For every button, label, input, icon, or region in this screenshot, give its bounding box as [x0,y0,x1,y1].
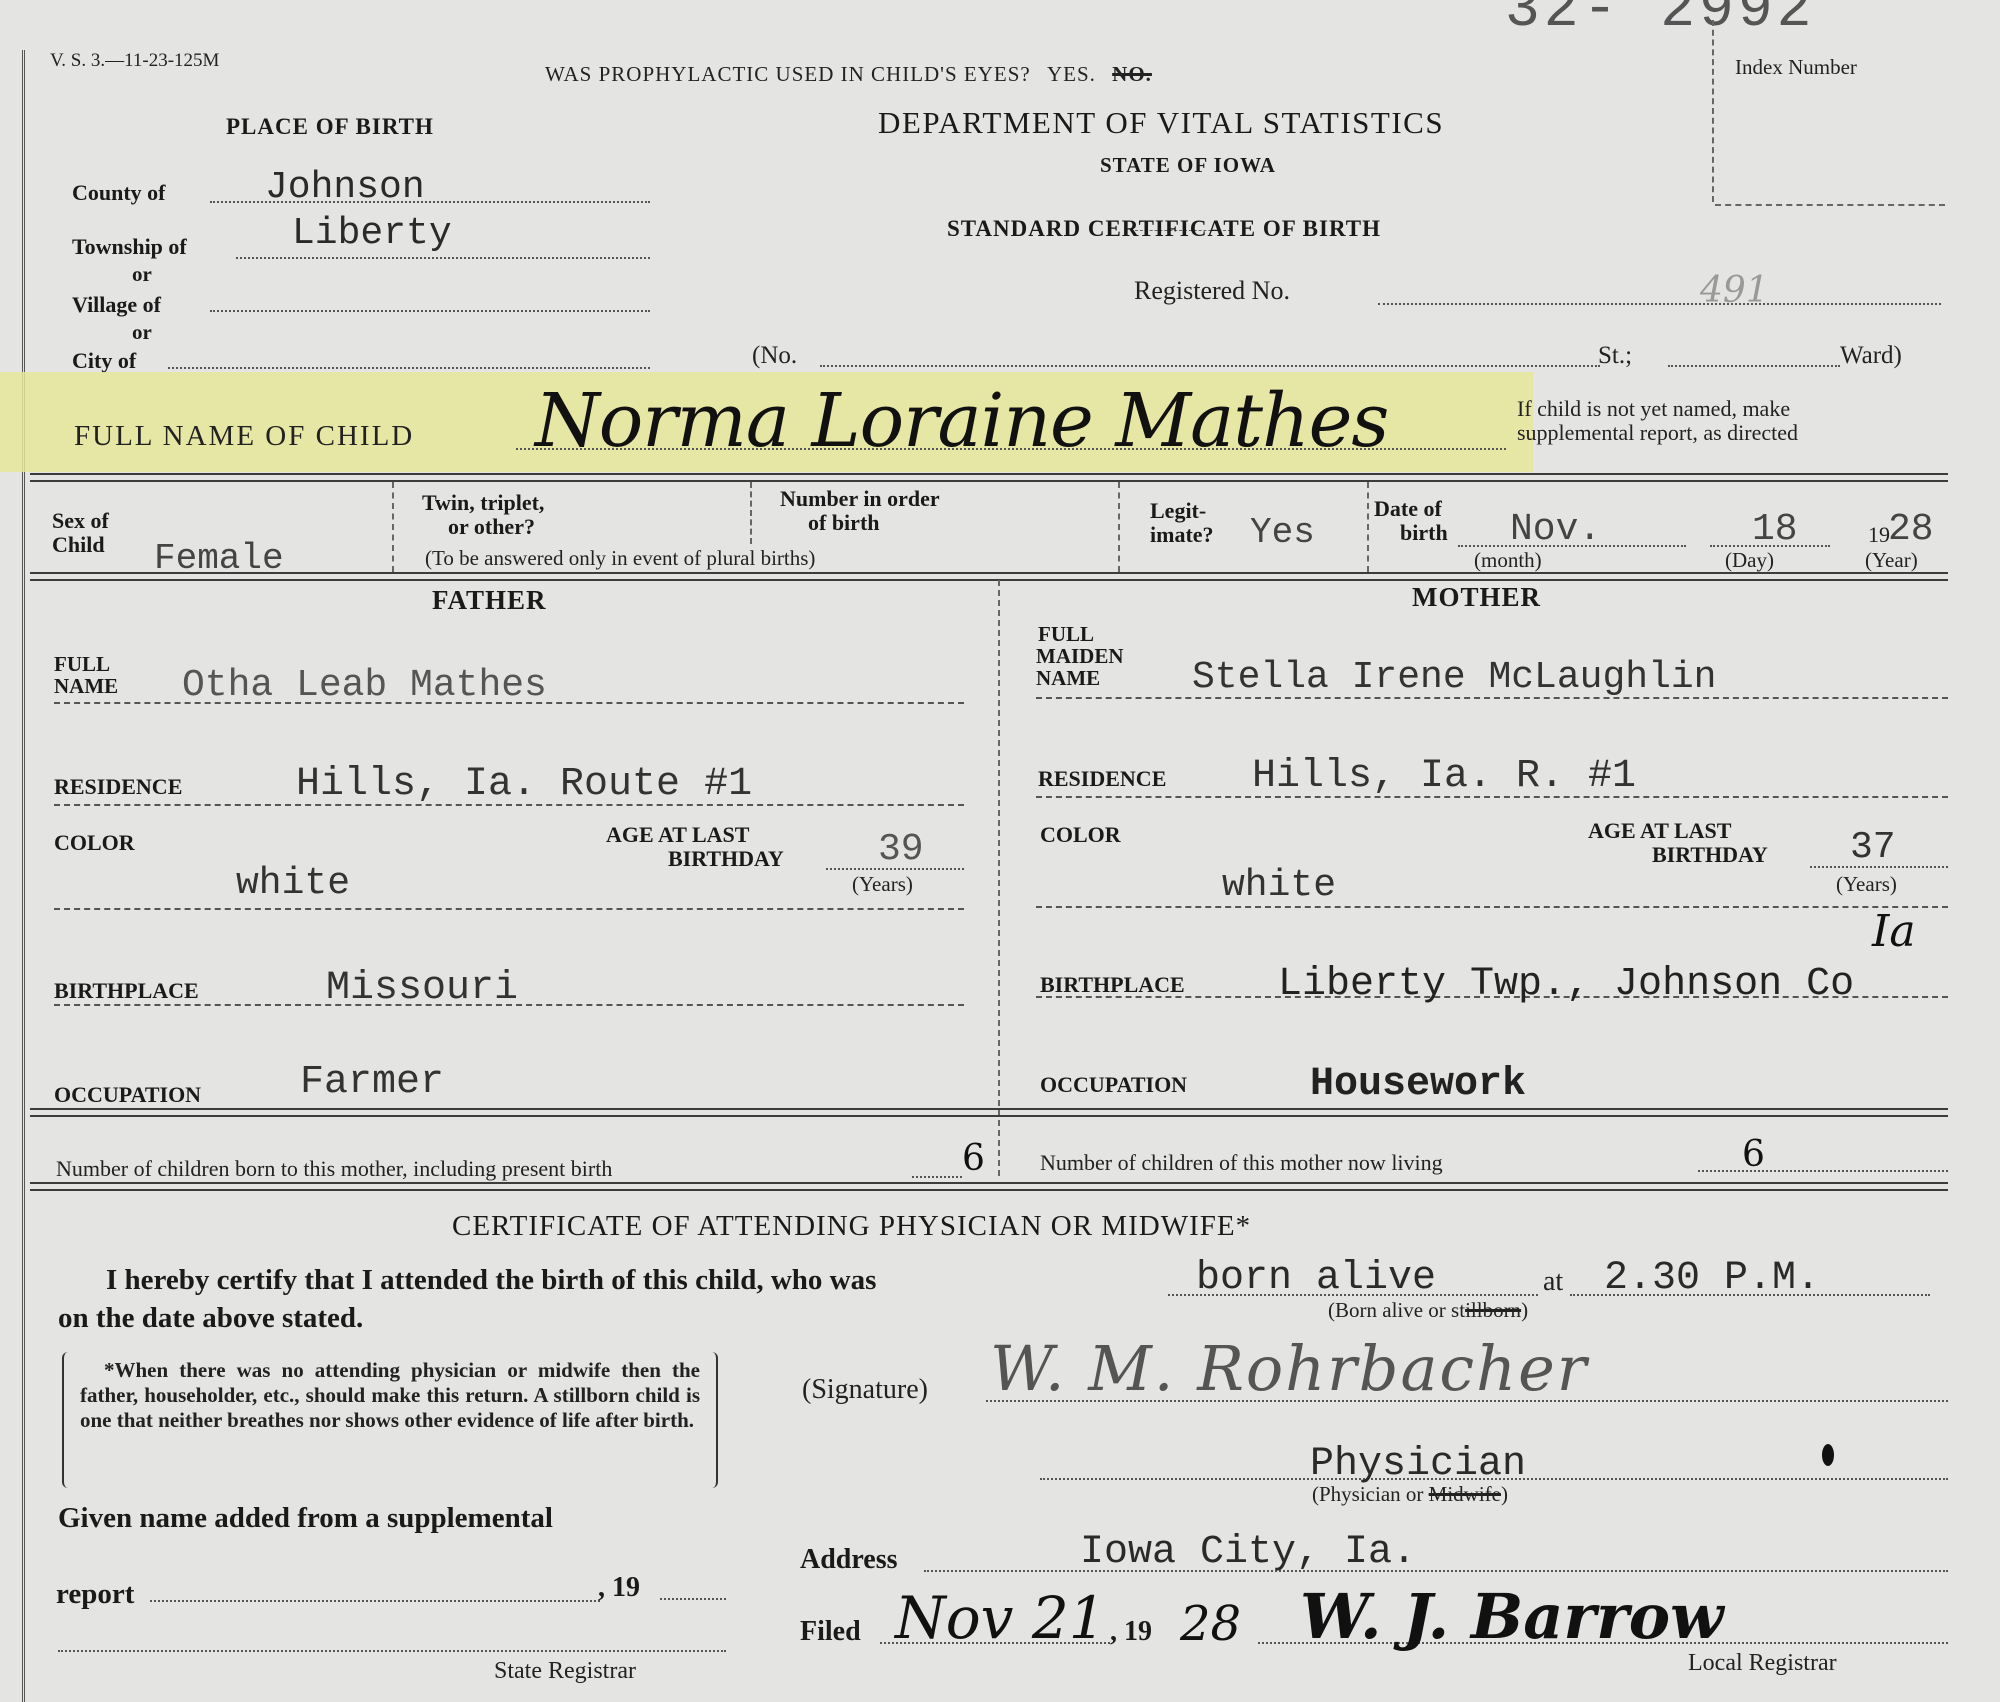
child-name-value: Norma Loraine Mathes [535,378,1388,464]
city-label: City of [72,348,136,374]
address-value: Iowa City, Ia. [1080,1530,1416,1575]
legitimate-value: Yes [1250,512,1315,553]
prophylactic-no-struck: NO. [1112,62,1152,86]
left-margin-rule [22,50,25,1702]
father-residence-value: Hills, Ia. Route #1 [296,762,752,807]
report-year-line [660,1598,726,1600]
physician-signature: W. M. Rohrbacher [990,1332,1588,1405]
date-stated-text: on the date above stated. [58,1302,363,1335]
registered-no-value: 491 [1700,270,1769,311]
mother-birthplace-value: Liberty Twp., Johnson Co [1278,962,1854,1007]
ink-dot [1822,1444,1834,1466]
index-box-left-rule [1712,20,1714,202]
filed-date-value: Nov 21 [895,1584,1106,1652]
sex-label-1: Sex of [52,508,109,534]
father-occupation-value: Farmer [300,1060,444,1105]
month-caption: (month) [1474,548,1542,573]
filed-year-value: 28 [1180,1596,1241,1652]
street-line [820,365,1600,367]
or-label-2: or [132,320,152,345]
children-living-value: 6 [1742,1134,1765,1175]
physician-certificate-title: CERTIFICATE OF ATTENDING PHYSICIAN OR MI… [452,1210,1251,1243]
time-value: 2.30 P.M. [1604,1256,1820,1301]
certify-text: I hereby certify that I attended the bir… [106,1264,876,1297]
mother-residence-value: Hills, Ia. R. #1 [1252,754,1636,799]
born-caption-prefix: (Born alive or st [1328,1298,1465,1322]
child-section-rule-top [30,473,1948,482]
father-birthplace-value: Missouri [326,966,518,1011]
mother-occupation-value: Housework [1310,1062,1526,1107]
mother-color-line [1036,906,1948,908]
father-age-label-1: AGE AT LAST [606,822,749,848]
village-label: Village of [72,292,161,318]
signature-label: (Signature) [802,1374,928,1406]
township-value: Liberty [292,212,452,255]
year-caption: (Year) [1865,548,1918,573]
ward-line [1668,365,1840,367]
stamped-index-number: 32- 2992 [1505,0,1815,43]
filed-year-prefix: , 19 [1110,1616,1152,1648]
county-label: County of [72,180,166,206]
at-label: at [1543,1266,1563,1298]
mother-name-label-3: NAME [1036,666,1100,691]
or-label-1: or [132,262,152,287]
certificate-title: STANDARD CERTIFICATE OF BIRTH [947,216,1381,242]
sex-label-2: Child [52,532,105,558]
twin-label-1: Twin, triplet, [422,490,544,516]
children-living-label: Number of children of this mother now li… [1040,1150,1443,1176]
street-st-label: St.; [1598,342,1632,370]
mother-age-label-2: BIRTHDAY [1652,842,1768,868]
mother-color-value: white [1222,864,1336,907]
mother-title: MOTHER [1412,582,1541,613]
father-title: FATHER [432,585,547,616]
father-name-label-2: NAME [54,674,118,699]
mother-name-value: Stella Irene McLaughlin [1192,656,1717,699]
state-registrar-label: State Registrar [494,1658,636,1685]
report-year-prefix: , 19 [598,1572,640,1604]
father-residence-label: RESIDENCE [54,774,182,800]
footnote-text: *When there was no attending physician o… [80,1358,700,1433]
index-box-bottom-rule [1715,204,1945,206]
report-line [150,1600,600,1602]
role-caption: (Physician or Midwife) [1312,1482,1508,1507]
mother-age-label-1: AGE AT LAST [1588,818,1731,844]
mother-birthplace-annotation: Ia [1872,906,1916,957]
index-number-label: Index Number [1735,55,1857,80]
dob-label-2: birth [1400,520,1448,546]
role-caption-suffix: ) [1501,1482,1508,1506]
unnamed-note-line-2: supplemental report, as directed [1517,420,1798,446]
mother-residence-label: RESIDENCE [1038,766,1166,792]
born-status-value: born alive [1196,1256,1436,1301]
born-caption-suffix: ) [1521,1298,1528,1322]
unnamed-note-line-1: If child is not yet named, make [1517,396,1790,422]
dob-year-value: 28 [1888,508,1934,551]
state-registrar-line [58,1650,726,1652]
role-caption-struck: Midwife [1429,1482,1501,1506]
mother-age-value: 37 [1850,826,1896,869]
street-no-label: (No. [752,342,797,370]
dob-day-value: 18 [1752,508,1798,551]
registered-no-label: Registered No. [1134,276,1290,306]
state-title: STATE OF IOWA [1100,153,1276,178]
father-birthplace-label: BIRTHPLACE [54,978,199,1004]
dob-label-1: Date of [1374,496,1442,522]
order-label-1: Number in order [780,486,940,512]
prophylactic-yes: YES. [1047,62,1096,86]
row-divider-4 [1367,482,1369,572]
father-name-value: Otha Leab Mathes [182,664,547,707]
father-age-label-2: BIRTHDAY [668,846,784,872]
born-caption: (Born alive or stillborn) [1328,1298,1528,1323]
given-name-text: Given name added from a supplemental [58,1502,553,1535]
address-label: Address [800,1544,898,1576]
form-code: V. S. 3.—11-23-125M [50,50,219,72]
mother-years-caption: (Years) [1836,872,1897,897]
local-registrar-label: Local Registrar [1688,1650,1837,1677]
order-label-2: of birth [808,510,880,536]
legit-label-1: Legit- [1150,498,1206,524]
children-born-value: 6 [962,1138,985,1179]
child-section-rule-bottom [30,572,1948,581]
children-born-label: Number of children born to this mother, … [56,1156,612,1182]
plural-births-note: (To be answered only in event of plural … [425,546,815,571]
township-line [236,257,650,259]
dob-year-prefix: 19 [1868,522,1890,548]
role-value: Physician [1310,1442,1526,1487]
dob-month-value: Nov. [1510,508,1601,551]
full-name-of-child-label: FULL NAME OF CHILD [74,420,414,453]
village-line [210,310,650,312]
day-caption: (Day) [1725,548,1774,573]
city-line [168,367,650,369]
father-color-value: white [236,862,350,905]
prophylactic-question: WAS PROPHYLACTIC USED IN CHILD'S EYES? Y… [545,62,1152,87]
legit-label-2: imate? [1150,522,1214,548]
ward-label: Ward) [1840,342,1902,370]
place-of-birth-title: PLACE OF BIRTH [226,114,434,140]
township-label: Township of [72,234,187,260]
department-title: DEPARTMENT OF VITAL STATISTICS [878,105,1444,141]
children-born-line [912,1176,962,1178]
filed-label: Filed [800,1616,861,1648]
mother-occupation-label: OCCUPATION [1040,1072,1187,1098]
mother-birthplace-label: BIRTHPLACE [1040,972,1185,998]
father-age-value: 39 [878,828,924,871]
parents-rule-bottom [30,1108,1948,1117]
prophylactic-question-text: WAS PROPHYLACTIC USED IN CHILD'S EYES? [545,62,1031,86]
role-caption-prefix: (Physician or [1312,1482,1429,1506]
born-caption-struck: illborn [1465,1298,1521,1322]
father-years-caption: (Years) [852,872,913,897]
county-value: Johnson [265,166,425,209]
row-divider-2 [750,482,752,544]
father-color-label: COLOR [54,830,135,856]
row-divider-1 [392,482,394,572]
address-line [924,1570,1948,1572]
row-divider-3 [1118,482,1120,572]
registered-no-line [1378,303,1941,305]
father-occupation-label: OCCUPATION [54,1082,201,1108]
children-living-line [1698,1170,1948,1172]
physician-section-rule [30,1182,1948,1191]
father-color-line [54,908,964,910]
twin-label-2: or other? [448,514,535,540]
report-label: report [56,1578,134,1611]
mother-color-label: COLOR [1040,822,1121,848]
parents-divider [998,580,1000,1176]
local-registrar-signature: W. J. Barrow [1300,1580,1723,1653]
